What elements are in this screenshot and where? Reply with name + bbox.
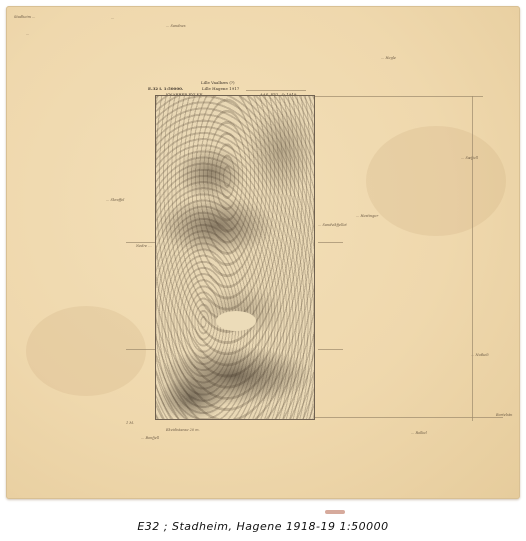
legend-note: Ekvidistanse 20 m. [166, 428, 200, 432]
terrain-relief [156, 376, 226, 420]
terrain-relief [176, 146, 246, 201]
grid-line [313, 417, 503, 418]
paper-stain [26, 306, 146, 396]
terrain-relief [156, 196, 276, 256]
topographic-map[interactable] [155, 95, 315, 420]
grid-line [126, 349, 156, 350]
grid-line [246, 90, 306, 91]
grid-line [472, 96, 473, 421]
margin-note: ... [111, 16, 114, 20]
margin-note: ... Nutkeli [471, 353, 489, 357]
scale-note: 1 M. [126, 421, 134, 425]
grid-line [318, 349, 343, 350]
margin-note: ... Hestinger [356, 214, 378, 218]
margin-note: ... Sæfjell [461, 156, 478, 160]
sheet-id-header: E.32 i. 1:50000. [148, 86, 183, 91]
margin-note: ... Sandnes [166, 24, 186, 28]
margin-note: ... Hegle [381, 56, 396, 60]
grid-line [126, 242, 156, 243]
margin-note: ... Bonfjell [141, 436, 159, 440]
header-line: Lille Hagene 1917 [202, 86, 239, 91]
archive-stamp [325, 510, 345, 514]
map-caption: E32 ; Stadheim, Hagene 1918-19 1:50000 [0, 520, 526, 533]
margin-note: Stadheim ... [14, 15, 35, 19]
grid-line [318, 242, 343, 243]
margin-note: Nedre ... [136, 244, 152, 248]
margin-note: ... Rolbel [411, 431, 427, 435]
header-line: Lille Vaalbæs (?) [201, 80, 235, 85]
grid-line [313, 96, 483, 97]
terrain-relief [246, 106, 315, 196]
paper-stain [366, 126, 506, 236]
margin-note: ... Sandvikfjellet [318, 223, 347, 227]
margin-note: ... [26, 32, 29, 36]
margin-note: ... Skraffel [106, 198, 124, 202]
lake [216, 311, 256, 331]
